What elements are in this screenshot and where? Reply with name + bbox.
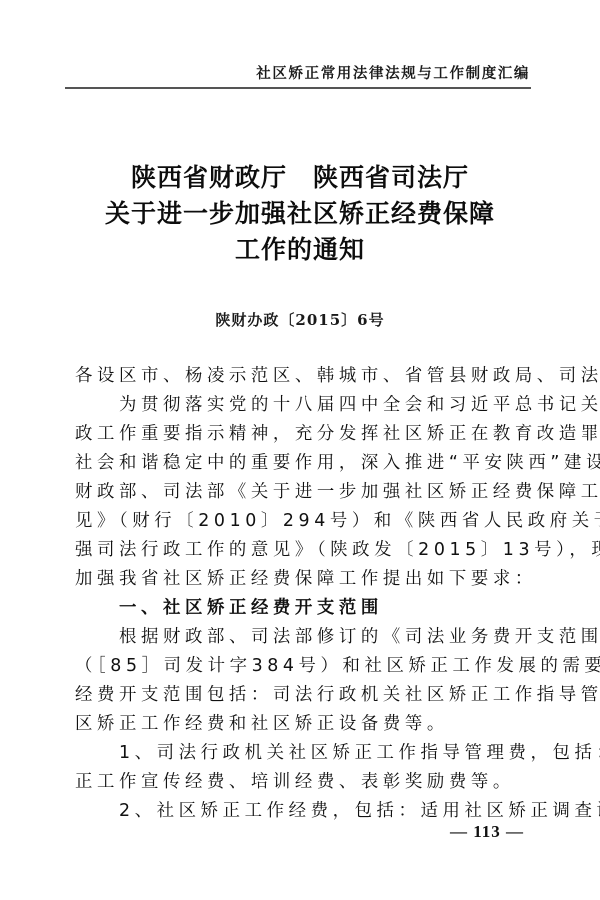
section-heading: 一、社区矫正经费开支范围: [75, 594, 525, 623]
header-rule: [65, 87, 531, 89]
running-header: 社区矫正常用法律法规与工作制度汇编: [256, 62, 530, 83]
body-text: 各设区市、杨凌示范区、韩城市、省管县财政局、司法局： 为贯彻落实党的十八届四中全…: [75, 362, 525, 826]
salutation: 各设区市、杨凌示范区、韩城市、省管县财政局、司法局：: [75, 362, 525, 391]
title-line-1: 陕西省财政厅 陕西省司法厅: [0, 160, 600, 196]
paragraph-line: 正工作宣传经费、培训经费、表彰奖励费等。: [75, 768, 525, 797]
paragraph-line: 经费开支范围包括：司法行政机关社区矫正工作指导管理费，社: [75, 681, 525, 710]
paragraph-line: 区矫正工作经费和社区矫正设备费等。: [75, 710, 525, 739]
document-title: 陕西省财政厅 陕西省司法厅 关于进一步加强社区矫正经费保障 工作的通知: [0, 160, 600, 268]
paragraph-line: 根据财政部、司法部修订的《司法业务费开支范围的规定》: [75, 623, 525, 652]
paragraph-line: 加强我省社区矫正经费保障工作提出如下要求：: [75, 565, 525, 594]
paragraph-line: 为贯彻落实党的十八届四中全会和习近平总书记关于司法行: [75, 391, 525, 420]
title-line-2: 关于进一步加强社区矫正经费保障: [0, 196, 600, 232]
paragraph-line: 见》（财行〔2010〕294号）和《陕西省人民政府关于进一步加: [75, 507, 525, 536]
title-line-3: 工作的通知: [0, 232, 600, 268]
paragraph-line: 政工作重要指示精神，充分发挥社区矫正在教育改造罪犯、维护: [75, 420, 525, 449]
document-number: 陕财办政〔2015〕6号: [0, 309, 600, 330]
paragraph-line: 强司法行政工作的意见》（陕政发〔2015〕13号），现就进一步: [75, 536, 525, 565]
paragraph-line: 社会和谐稳定中的重要作用，深入推进“平安陕西”建设，根据: [75, 449, 525, 478]
paragraph-line: （［85］司发计字384号）和社区矫正工作发展的需要，社区矫正: [75, 652, 525, 681]
page-number: — 113 —: [450, 822, 524, 842]
paragraph-line: 财政部、司法部《关于进一步加强社区矫正经费保障工作的意: [75, 478, 525, 507]
list-item: 1、司法行政机关社区矫正工作指导管理费，包括：社区矫: [75, 739, 525, 768]
